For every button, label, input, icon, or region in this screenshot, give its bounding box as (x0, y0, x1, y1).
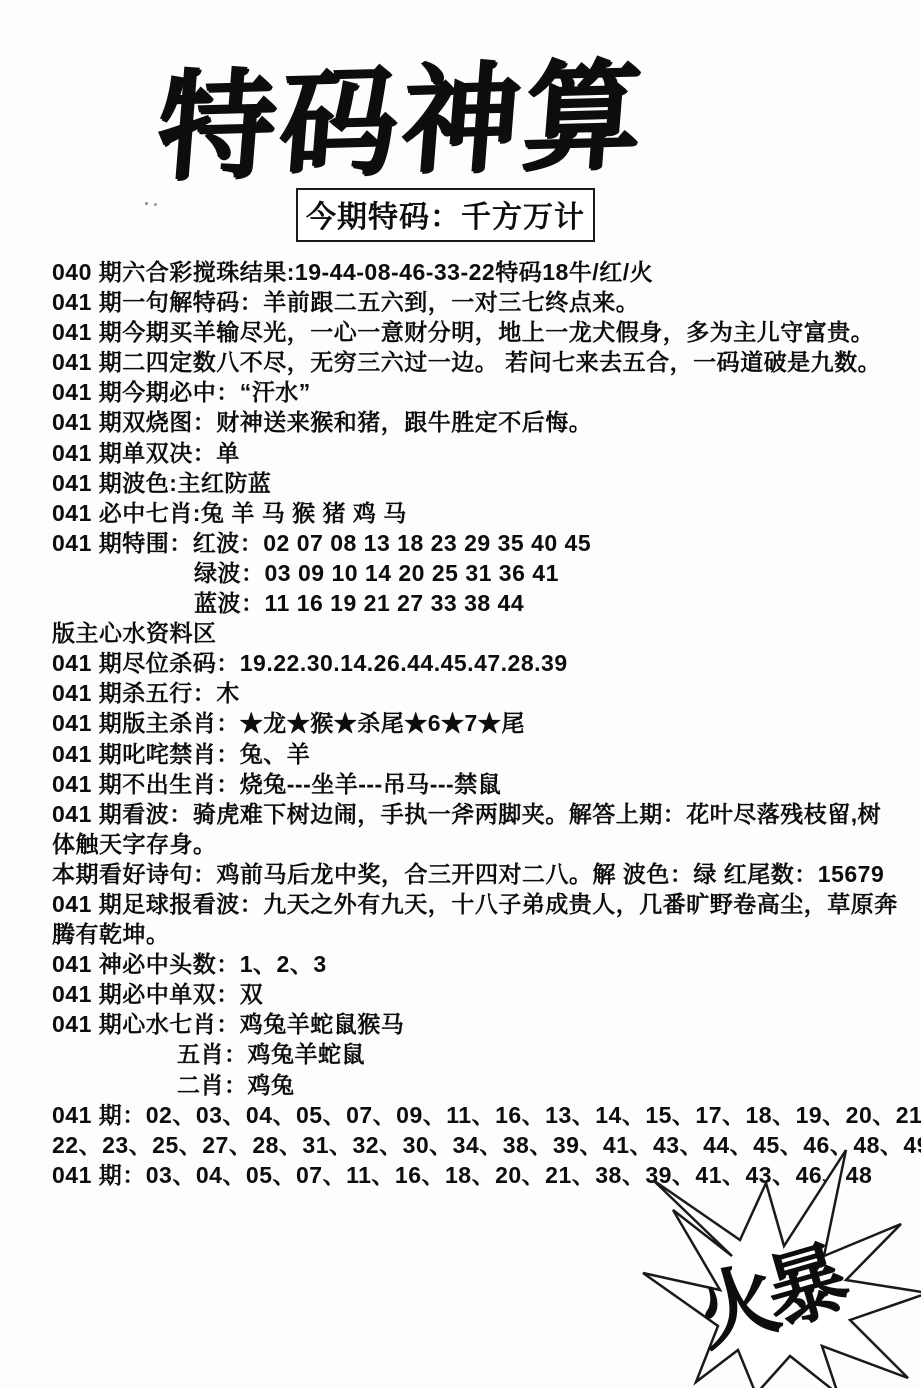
text-line-odd-even: 041 期单双决：单 (52, 438, 912, 468)
text-line-verse-2: 041 期二四定数八不尽，无穷三六过一边。 若问七来去五合，一码道破是九数。 (52, 347, 912, 377)
text-line-excluded-zodiac: 041 期不出生肖：烧兔---坐羊---吊马---禁鼠 (52, 769, 912, 799)
text-line-five-zodiac: 五肖：鸡兔羊蛇鼠 (52, 1039, 912, 1069)
text-line-draw-result: 040 期六合彩搅珠结果:19-44-08-46-33-22特码18牛/红/火 (52, 257, 912, 287)
masthead-title: 特码神算 (151, 19, 652, 202)
text-line-football-1: 041 期足球报看波：九天之外有九天，十八子弟成贵人，几番旷野卷高尘，草原奔 (52, 889, 912, 919)
text-line-kill-element: 041 期杀五行：木 (52, 678, 912, 708)
text-line-kanbo-2: 体触天字存身。 (52, 829, 912, 859)
current-issue-banner: 今期特码：千方万计 (296, 188, 595, 242)
text-line-kanbo-1: 041 期看波：骑虎难下树边闹，手执一斧两脚夹。解答上期：花叶尽落残枝留,树 (52, 799, 912, 829)
ink-speck (145, 202, 148, 205)
burst-sticker: 火暴 (598, 1128, 921, 1388)
text-line-kill-zodiac: 041 期版主杀肖：★龙★猴★杀尾★6★7★尾 (52, 708, 912, 738)
text-line-head-digits: 041 神必中头数：1、2、3 (52, 949, 912, 979)
text-line-numbers-1: 041 期：02、03、04、05、07、09、11、16、13、14、15、1… (52, 1100, 912, 1130)
text-line-wave-color: 041 期波色:主红防蓝 (52, 468, 912, 498)
text-line-red-wave: 041 期特围：红波：02 07 08 13 18 23 29 35 40 45 (52, 528, 912, 558)
text-line-forbidden-zodiac: 041 期叱咤禁肖：兔、羊 (52, 739, 912, 769)
text-line-verse-1: 041 期今期买羊输尽光，一心一意财分明，地上一龙犬假身，多为主儿守富贵。 (52, 317, 912, 347)
page: { "masthead": { "title": "特码神算" }, "bann… (0, 0, 921, 1388)
text-line-seven-zodiac: 041 必中七肖:兔 羊 马 猴 猪 鸡 马 (52, 498, 912, 528)
text-line-shuangshao: 041 期双烧图：财神送来猴和猪，跟牛胜定不后悔。 (52, 407, 912, 437)
text-line-two-zodiac: 二肖：鸡兔 (52, 1070, 912, 1100)
text-line-football-2: 腾有乾坤。 (52, 919, 912, 949)
tips-text-block: 040 期六合彩搅珠结果:19-44-08-46-33-22特码18牛/红/火 … (52, 257, 912, 1190)
text-line-poem: 本期看好诗句：鸡前马后龙中奖，合三开四对二八。解 波色：绿 红尾数：15679 (52, 859, 912, 889)
text-line-must-hit: 041 期今期必中：“汗水” (52, 377, 912, 407)
text-line-green-wave: 绿波：03 09 10 14 20 25 31 36 41 (52, 558, 912, 588)
text-line-riddle: 041 期一句解特码：羊前跟二五六到，一对三七终点来。 (52, 287, 912, 317)
text-line-kill-codes: 041 期尽位杀码：19.22.30.14.26.44.45.47.28.39 (52, 648, 912, 678)
text-line-blue-wave: 蓝波：11 16 19 21 27 33 38 44 (52, 588, 912, 618)
text-line-heart-seven: 041 期心水七肖：鸡兔羊蛇鼠猴马 (52, 1009, 912, 1039)
text-line-must-odd-even: 041 期必中单双：双 (52, 979, 912, 1009)
text-line-section-header: 版主心水资料区 (52, 618, 912, 648)
